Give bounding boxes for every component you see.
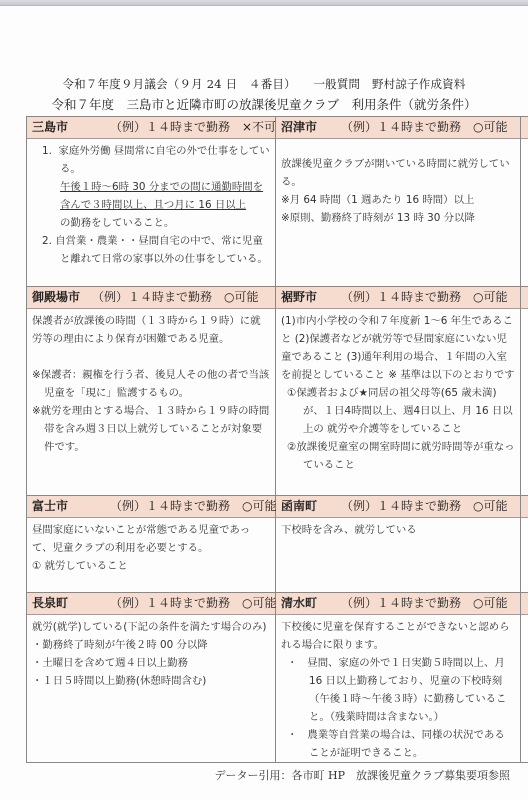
underlined-requirement: 午後１時～6時 30 分までの間に通勤時間を含んで３時間以上、且つ月に 16 日… xyxy=(32,178,270,214)
condition-label: （例）１４時まで勤務 ○可能 xyxy=(92,287,258,308)
text-line: ※原則、勤務終了時刻が 13 時 30 分以降 xyxy=(281,209,515,227)
condition-label: （例）１４時まで勤務 ○可能 xyxy=(341,287,507,308)
city-name: 清水町 xyxy=(281,593,341,614)
cell-nagaizumi: 長泉町（例）１４時まで勤務 ○可能 就労(就学)している(下記の条件を満たす場合… xyxy=(27,592,276,763)
list-item: ②放課後児童室の開室時間に就労時間等が重なっていること xyxy=(281,438,515,474)
cell-header: 富士市（例）１４時まで勤務 ○可能 xyxy=(27,496,275,518)
text-line: 放課後児童クラブが開いている時間に就労している。 xyxy=(281,155,515,191)
cell-header: 三島市（例）１４時まで勤務 ×不可 xyxy=(27,117,275,139)
cell-kannami: 函南町（例）１４時まで勤務 ○可能 下校時を含み、就労している xyxy=(276,495,521,592)
text-line: 下校時を含み、就労している xyxy=(281,521,515,539)
bullet-item: ・勤務終了時刻が午後２時 00 分以降 xyxy=(32,636,270,654)
bullet-item: ・ 昼間、家庭の外で１日実勤５時間以上、月 16 日以上勤務しており、児童の下校… xyxy=(281,654,515,726)
document-title: 令和７年度 三島市と近隣市町の放課後児童クラブ 利用条件（就労条件） xyxy=(0,95,528,113)
cell-body: 就労(就学)している(下記の条件を満たす場合のみ) ・勤務終了時刻が午後２時 0… xyxy=(27,615,275,690)
condition-label: （例）１４時まで勤務 ○可能 xyxy=(110,496,276,517)
text-line: ※月 64 時間（1 週あたり 16 時間）以上 xyxy=(281,191,515,209)
cell-body: 下校後に児童を保育することができないと認められる場合に限ります。 ・ 昼間、家庭… xyxy=(276,615,520,762)
cell-fuji: 富士市（例）１４時まで勤務 ○可能 昼間家庭にいないことが常態である児童であって… xyxy=(27,495,276,592)
bullet-item: ・土曜日を含めて週４日以上勤務 xyxy=(32,654,270,672)
cell-shimizu: 清水町（例）１４時まで勤務 ○可能 下校後に児童を保育することができないと認めら… xyxy=(276,592,521,763)
cell-overflow xyxy=(521,495,528,592)
cell-header: 裾野市（例）１４時まで勤務 ○可能 xyxy=(276,287,520,309)
cell-body: (1)市内小学校の令和７年度新 1～6 年生であること (2)保護者などが就労等… xyxy=(276,309,520,474)
data-source-footer: データー引用：各市町 HP 放課後児童クラブ募集要項参照 xyxy=(0,767,510,783)
cell-body: 下校時を含み、就労している xyxy=(276,518,520,539)
list-item-continuation: の勤務をしていること。 xyxy=(32,214,270,232)
condition-label: （例）１４時まで勤務 ×不可 xyxy=(110,117,276,138)
document-subtitle: 令和７年度９月議会（９月 24 日 ４番目） 一般質問 野村諒子作成資料 xyxy=(0,76,528,92)
cell-body: 放課後児童クラブが開いている時間に就労している。 ※月 64 時間（1 週あたり… xyxy=(276,139,520,227)
cell-header: 沼津市（例）１４時まで勤務 ○可能 xyxy=(276,117,520,139)
cell-body: 昼間家庭にいないことが常態である児童であって、児童クラブの利用を必要とする。 ①… xyxy=(27,518,275,575)
city-name: 裾野市 xyxy=(281,287,341,308)
cell-overflow xyxy=(521,116,528,286)
city-name: 富士市 xyxy=(32,496,110,517)
condition-label: （例）１４時まで勤務 ○可能 xyxy=(341,117,507,138)
text-line: (1)市内小学校の令和７年度新 1～6 年生であること (2)保護者などが就労等… xyxy=(281,312,515,384)
cell-body: 1. 家庭外労働 昼間常に自宅の外で仕事をしている。 午後１時～6時 30 分ま… xyxy=(27,139,275,268)
text-line: 下校後に児童を保育することができないと認められる場合に限ります。 xyxy=(281,618,515,654)
note: ※保護者：親権を行う者、後見人その他の者で当該児童を「現に」監護するもの。 xyxy=(32,366,270,402)
condition-label: （例）１４時まで勤務 ○可能 xyxy=(110,593,276,614)
bullet-item: ・１日５時間以上勤務(休憩時間含む) xyxy=(32,672,270,690)
city-name: 三島市 xyxy=(32,117,110,138)
condition-label: （例）１４時まで勤務 ○可能 xyxy=(341,593,507,614)
cell-mishima: 三島市（例）１４時まで勤務 ×不可 1. 家庭外労働 昼間常に自宅の外で仕事をし… xyxy=(27,116,276,286)
text-line: 保護者が放課後の時間（１３時から１９時）に就労等の理由により保育が困難である児童… xyxy=(32,312,270,348)
city-name: 長泉町 xyxy=(32,593,110,614)
text-line: ① 就労していること xyxy=(32,557,270,575)
city-name: 沼津市 xyxy=(281,117,341,138)
note: ※就労を理由とする場合、１３時から１９時の時間帯を含み週３日以上就労していること… xyxy=(32,402,270,456)
window-top-bar xyxy=(0,0,528,6)
bullet-item: ・ 農業等自営業の場合は、同様の状況であることが証明できること。 xyxy=(281,726,515,762)
cell-header: 御殿場市（例）１４時まで勤務 ○可能 xyxy=(27,287,275,309)
cell-numazu: 沼津市（例）１４時まで勤務 ○可能 放課後児童クラブが開いている時間に就労してい… xyxy=(276,116,521,286)
cell-overflow xyxy=(521,286,528,495)
cell-header: 清水町（例）１４時まで勤務 ○可能 xyxy=(276,593,520,615)
city-name: 御殿場市 xyxy=(32,287,92,308)
text-line: 昼間家庭にいないことが常態である児童であって、児童クラブの利用を必要とする。 xyxy=(32,521,270,557)
cell-susono: 裾野市（例）１４時まで勤務 ○可能 (1)市内小学校の令和７年度新 1～6 年生… xyxy=(276,286,521,495)
list-item: 1. 家庭外労働 昼間常に自宅の外で仕事をしている。 xyxy=(32,142,270,178)
condition-label: （例）１４時まで勤務 ○可能 xyxy=(341,496,507,517)
text-line: 就労(就学)している(下記の条件を満たす場合のみ) xyxy=(32,618,270,636)
cell-header: 長泉町（例）１４時まで勤務 ○可能 xyxy=(27,593,275,615)
list-item: 2. 自営業・農業・・昼間自宅の中で、常に児童と離れて日常の家事以外の仕事をして… xyxy=(32,232,270,268)
list-item: ①保護者および★同居の祖父母等(65 歳未満)が、１日4時間以上、週4日以上、月… xyxy=(281,384,515,438)
city-name: 函南町 xyxy=(281,496,341,517)
comparison-table: 三島市（例）１４時まで勤務 ×不可 1. 家庭外労働 昼間常に自宅の外で仕事をし… xyxy=(26,116,528,763)
cell-gotemba: 御殿場市（例）１４時まで勤務 ○可能 保護者が放課後の時間（１３時から１９時）に… xyxy=(27,286,276,495)
cell-overflow xyxy=(521,592,528,763)
cell-header: 函南町（例）１４時まで勤務 ○可能 xyxy=(276,496,520,518)
cell-body: 保護者が放課後の時間（１３時から１９時）に就労等の理由により保育が困難である児童… xyxy=(27,309,275,456)
